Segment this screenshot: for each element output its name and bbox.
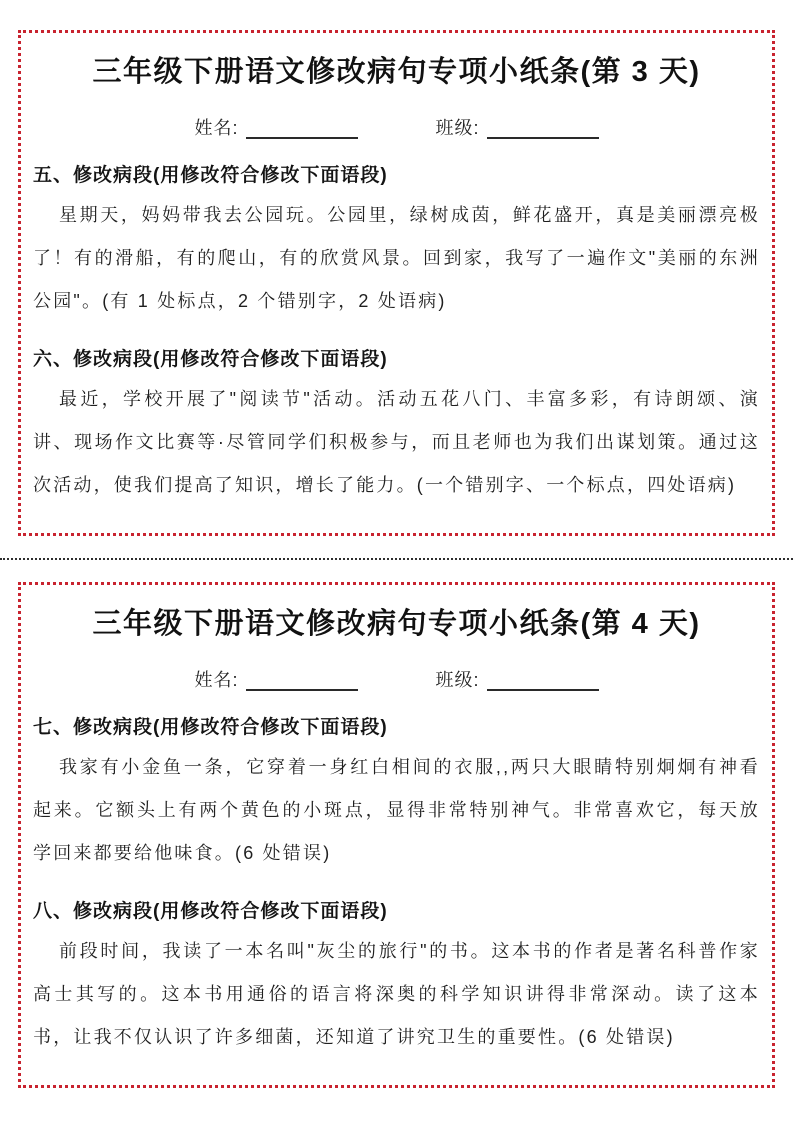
name-field: 姓名:	[194, 117, 357, 139]
name-class-row: 姓名: 班级:	[33, 669, 760, 691]
exercise-8-heading: 八、修改病段(用修改符合修改下面语段)	[33, 898, 760, 925]
exercise-5-passage: 星期天，妈妈带我去公园玩。公园里，绿树成茵，鲜花盛开，真是美丽漂亮极了！有的滑船…	[33, 194, 760, 323]
name-blank-line	[246, 671, 358, 691]
cut-divider	[0, 558, 793, 560]
class-blank-line	[487, 671, 599, 691]
worksheet-card-day4: 三年级下册语文修改病句专项小纸条(第 4 天) 姓名: 班级: 七、修改病段(用…	[18, 582, 775, 1088]
exercise-6-heading: 六、修改病段(用修改符合修改下面语段)	[33, 346, 760, 373]
exercise-8-passage: 前段时间，我读了一本名叫"灰尘的旅行"的书。这本书的作者是著名科普作家高士其写的…	[33, 930, 760, 1059]
name-label: 姓名:	[194, 117, 238, 139]
class-label: 班级:	[436, 117, 480, 139]
exercise-section-5: 五、修改病段(用修改符合修改下面语段) 星期天，妈妈带我去公园玩。公园里，绿树成…	[33, 162, 760, 323]
exercise-section-6: 六、修改病段(用修改符合修改下面语段) 最近，学校开展了"阅读节"活动。活动五花…	[33, 346, 760, 507]
worksheet-title-day3: 三年级下册语文修改病句专项小纸条(第 3 天)	[33, 53, 760, 91]
class-label: 班级:	[436, 669, 480, 691]
exercise-5-heading: 五、修改病段(用修改符合修改下面语段)	[33, 162, 760, 189]
class-field: 班级:	[436, 669, 599, 691]
worksheet-title-day4: 三年级下册语文修改病句专项小纸条(第 4 天)	[33, 605, 760, 643]
exercise-7-passage: 我家有小金鱼一条，它穿着一身红白相间的衣服,,两只大眼睛特别炯炯有神看起来。它额…	[33, 746, 760, 875]
name-label: 姓名:	[194, 669, 238, 691]
class-blank-line	[487, 119, 599, 139]
worksheet-card-day3: 三年级下册语文修改病句专项小纸条(第 3 天) 姓名: 班级: 五、修改病段(用…	[18, 30, 775, 536]
name-class-row: 姓名: 班级:	[33, 117, 760, 139]
exercise-6-passage: 最近，学校开展了"阅读节"活动。活动五花八门、丰富多彩，有诗朗颂、演讲、现场作文…	[33, 378, 760, 507]
name-field: 姓名:	[194, 669, 357, 691]
class-field: 班级:	[436, 117, 599, 139]
exercise-section-7: 七、修改病段(用修改符合修改下面语段) 我家有小金鱼一条，它穿着一身红白相间的衣…	[33, 714, 760, 875]
exercise-section-8: 八、修改病段(用修改符合修改下面语段) 前段时间，我读了一本名叫"灰尘的旅行"的…	[33, 898, 760, 1059]
name-blank-line	[246, 119, 358, 139]
exercise-7-heading: 七、修改病段(用修改符合修改下面语段)	[33, 714, 760, 741]
worksheet-page: 三年级下册语文修改病句专项小纸条(第 3 天) 姓名: 班级: 五、修改病段(用…	[0, 0, 793, 1088]
